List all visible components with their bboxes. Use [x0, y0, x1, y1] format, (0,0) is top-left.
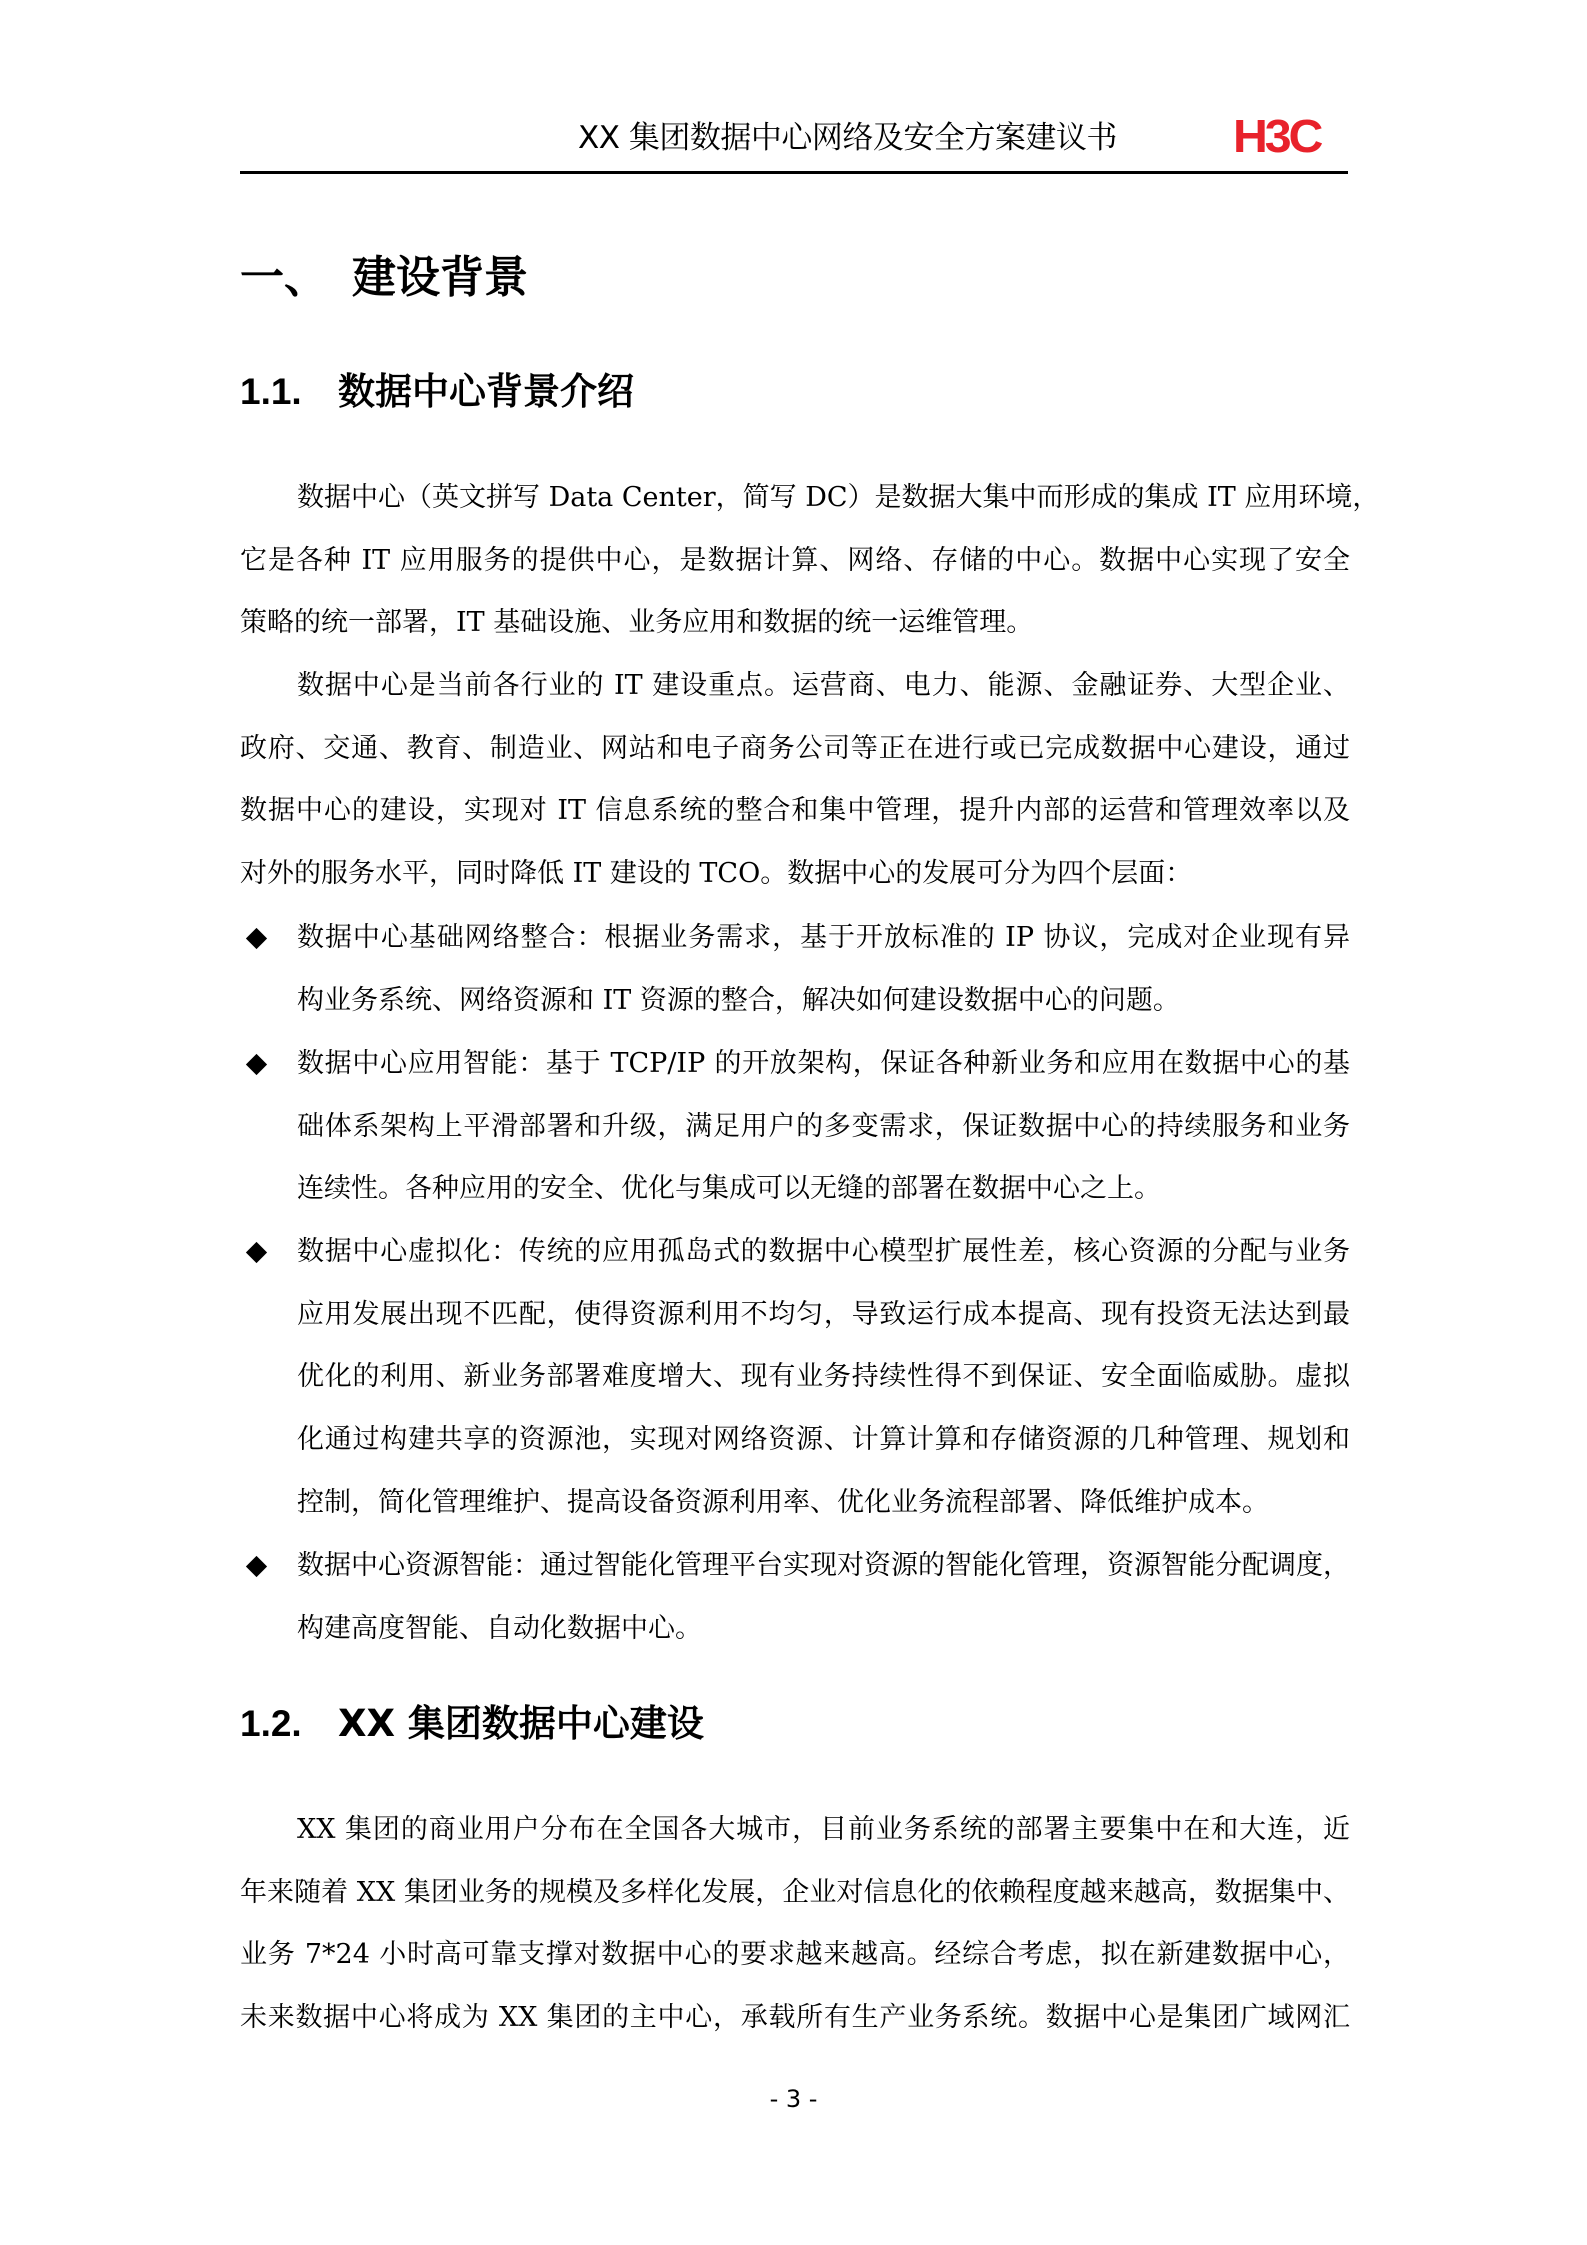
header-divider — [240, 171, 1348, 174]
diamond-bullet-icon — [244, 1033, 268, 1096]
section-title: 建设背景 — [352, 252, 528, 303]
header-title: XX 集团数据中心网络及安全方案建议书 — [578, 118, 1148, 158]
section-number: 一、 — [240, 250, 352, 306]
text-line: 控制，简化管理维护、提高设备资源利用率、优化业务流程部署、降低维护成本。 — [297, 1472, 1350, 1535]
text-line: XX 集团的商业用户分布在全国各大城市，目前业务系统的部署主要集中在和大连，近 — [240, 1799, 1350, 1862]
text-line: 连续性。各种应用的安全、优化与集成可以无缝的部署在数据中心之上。 — [297, 1158, 1350, 1221]
text-line: 策略的统一部署，IT 基础设施、业务应用和数据的统一运维管理。 — [240, 592, 1350, 655]
text-line: 化通过构建共享的资源池，实现对网络资源、计算计算和存储资源的几种管理、规划和 — [297, 1409, 1350, 1472]
text-line: 它是各种 IT 应用服务的提供中心，是数据计算、网络、存储的中心。数据中心实现了… — [240, 530, 1350, 593]
text-line: 数据中心应用智能：基于 TCP/IP 的开放架构，保证各种新业务和应用在数据中心… — [297, 1033, 1350, 1096]
subsection-title: XX 集团数据中心建设 — [338, 1702, 704, 1745]
text-line: 础体系架构上平滑部署和升级，满足用户的多变需求，保证数据中心的持续服务和业务 — [297, 1096, 1350, 1159]
text-line: 构业务系统、网络资源和 IT 资源的整合，解决如何建设数据中心的问题。 — [297, 970, 1350, 1033]
subsection-number: 1.1. — [240, 369, 338, 415]
bullet-item-application-intelligence: 数据中心应用智能：基于 TCP/IP 的开放架构，保证各种新业务和应用在数据中心… — [240, 1033, 1350, 1221]
document-page: XX 集团数据中心网络及安全方案建议书 H3C 一、建设背景 1.1.数据中心背… — [0, 0, 1587, 2245]
text-line: 未来数据中心将成为 XX 集团的主中心，承载所有生产业务系统。数据中心是集团广域… — [240, 1987, 1350, 2050]
diamond-bullet-icon — [244, 907, 268, 970]
text-line: 优化的利用、新业务部署难度增大、现有业务持续性得不到保证、安全面临威胁。虚拟 — [297, 1346, 1350, 1409]
text-line: 对外的服务水平，同时降低 IT 建设的 TCO。数据中心的发展可分为四个层面： — [240, 843, 1350, 906]
subsection-heading-1-2: 1.2.XX 集团数据中心建设 — [240, 1701, 704, 1747]
text-line: 构建高度智能、自动化数据中心。 — [297, 1598, 1350, 1661]
text-line: 数据中心（英文拼写 Data Center，简写 DC）是数据大集中而形成的集成… — [240, 467, 1350, 530]
subsection-heading-1-1: 1.1.数据中心背景介绍 — [240, 369, 634, 415]
bullet-item-virtualization: 数据中心虚拟化：传统的应用孤岛式的数据中心模型扩展性差，核心资源的分配与业务 应… — [240, 1221, 1350, 1534]
text-line: 政府、交通、教育、制造业、网站和电子商务公司等正在进行或已完成数据中心建设，通过 — [240, 718, 1350, 781]
h3c-logo-icon: H3C — [1233, 114, 1354, 158]
text-line: 数据中心的建设，实现对 IT 信息系统的整合和集中管理，提升内部的运营和管理效率… — [240, 780, 1350, 843]
diamond-bullet-icon — [244, 1221, 268, 1284]
section-heading-1: 一、建设背景 — [240, 250, 528, 306]
subsection-title: 数据中心背景介绍 — [338, 370, 634, 413]
subsection-number: 1.2. — [240, 1701, 338, 1747]
text-line: 应用发展出现不匹配，使得资源利用不均匀，导致运行成本提高、现有投资无法达到最 — [297, 1284, 1350, 1347]
bullet-item-network-integration: 数据中心基础网络整合：根据业务需求，基于开放标准的 IP 协议，完成对企业现有异… — [240, 907, 1350, 1032]
diamond-bullet-icon — [244, 1535, 268, 1598]
text-line: 业务 7*24 小时高可靠支撑对数据中心的要求越来越高。经综合考虑，拟在新建数据… — [240, 1924, 1350, 1987]
bullet-item-resource-intelligence: 数据中心资源智能：通过智能化管理平台实现对资源的智能化管理，资源智能分配调度， … — [240, 1535, 1350, 1660]
text-line: 年来随着 XX 集团业务的规模及多样化发展，企业对信息化的依赖程度越来越高，数据… — [240, 1862, 1350, 1925]
text-line: 数据中心虚拟化：传统的应用孤岛式的数据中心模型扩展性差，核心资源的分配与业务 — [297, 1221, 1350, 1284]
paragraph-dc-industries: 数据中心是当前各行业的 IT 建设重点。运营商、电力、能源、金融证券、大型企业、… — [240, 655, 1350, 906]
text-line: 数据中心是当前各行业的 IT 建设重点。运营商、电力、能源、金融证券、大型企业、 — [240, 655, 1350, 718]
paragraph-dc-definition: 数据中心（英文拼写 Data Center，简写 DC）是数据大集中而形成的集成… — [240, 467, 1350, 655]
text-line: 数据中心基础网络整合：根据业务需求，基于开放标准的 IP 协议，完成对企业现有异 — [297, 907, 1350, 970]
paragraph-group-dc-construction: XX 集团的商业用户分布在全国各大城市，目前业务系统的部署主要集中在和大连，近 … — [240, 1799, 1350, 2050]
text-line: 数据中心资源智能：通过智能化管理平台实现对资源的智能化管理，资源智能分配调度， — [297, 1535, 1350, 1598]
page-number: - 3 - — [0, 2082, 1587, 2116]
